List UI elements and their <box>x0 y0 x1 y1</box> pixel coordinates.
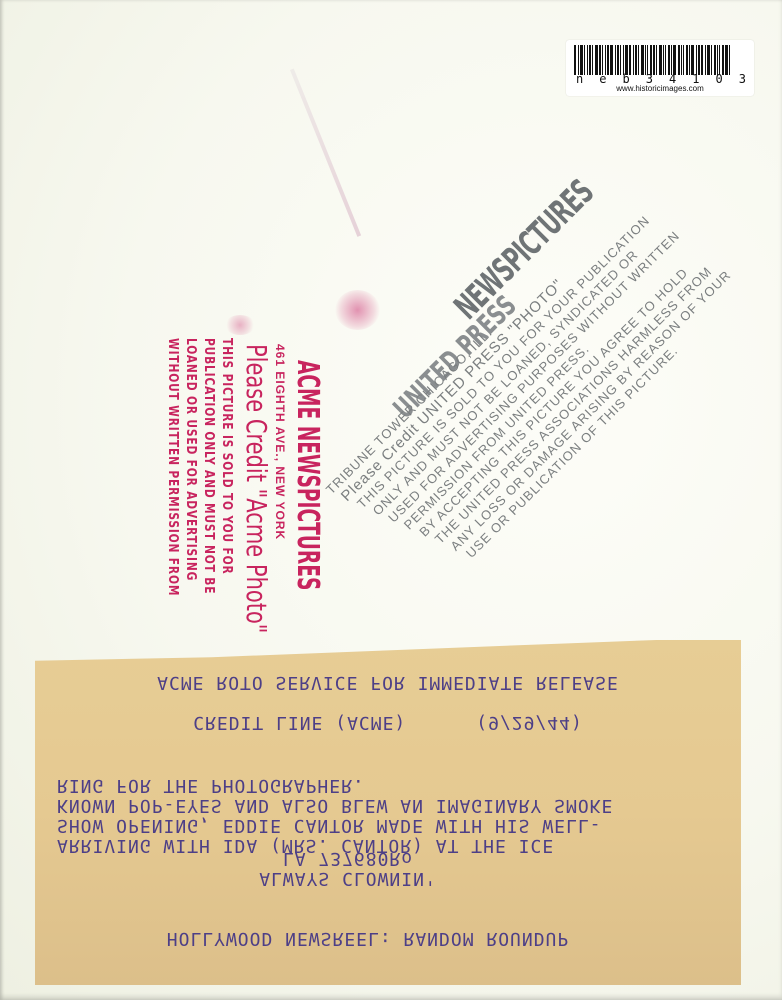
caption-credit-row: CREDIT LINE (ACME)(9/29/44) <box>35 712 741 733</box>
caption-body-text: KNOWN POP-EYES AND ALSO BLEW AN IMAGINAR… <box>57 795 613 816</box>
acme-newspictures-stamp: ACME NEWSPICTURES 461 EIGHTH AVE., NEW Y… <box>125 330 325 670</box>
caption-body-line: SHOW OPENING, EDDIE CANTOR MADE WITH HIS… <box>57 815 763 836</box>
acme-stamp-line: THIS PICTURE IS SOLD TO YOU FOR <box>217 338 235 617</box>
acme-stamp-address: 461 EIGHTH AVE., NEW YORK <box>273 344 287 540</box>
caption-headline: ALWAYS CLOWNIN' <box>0 868 701 889</box>
acme-stamp-credit: Please Credit "Acme Photo" <box>240 344 273 633</box>
caption-body-text: RING FOR THE PHOTOGRAPHER. <box>57 775 365 796</box>
caption-series: HOLLYWOOD NEWSREEL: RANDOM ROUNDUP <box>15 928 721 949</box>
caption-date: (9/29/44) <box>476 712 583 733</box>
acme-stamp-line: WITHOUT WRITTEN PERMISSION FROM <box>163 338 181 617</box>
acme-stamp-body: THIS PICTURE IS SOLD TO YOU FORPUBLICATI… <box>163 338 235 678</box>
headline-text: ALWAYS CLOWNIN' <box>259 868 437 889</box>
service-line-text: ACME ROTO SERVICE FOR IMMEDIATE RELEASE <box>157 672 619 693</box>
series-text: HOLLYWOOD NEWSREEL: RANDOM ROUNDUP <box>167 928 569 949</box>
caption-ref-number: LA 737680Ro <box>0 848 701 869</box>
caption-body-text: SHOW OPENING, EDDIE CANTOR MADE WITH HIS… <box>57 815 602 836</box>
acme-stamp-line: LOANED OR USED FOR ADVERTISING <box>181 338 199 617</box>
caption-service-line: ACME ROTO SERVICE FOR IMMEDIATE RELEASE <box>35 672 741 693</box>
caption-clipping: ACME ROTO SERVICE FOR IMMEDIATE RELEASE … <box>35 640 741 985</box>
caption-body-line: RING FOR THE PHOTOGRAPHER. <box>57 775 763 796</box>
caption-body-line: KNOWN POP-EYES AND ALSO BLEW AN IMAGINAR… <box>57 795 763 816</box>
ref-number-text: LA 737680Ro <box>283 848 413 869</box>
acme-stamp-line: PUBLICATION ONLY AND MUST NOT BE <box>199 338 217 617</box>
ink-smudge <box>335 290 380 330</box>
credit-line-text: CREDIT LINE (ACME) <box>193 712 406 733</box>
acme-stamp-title: ACME NEWSPICTURES <box>290 360 325 590</box>
